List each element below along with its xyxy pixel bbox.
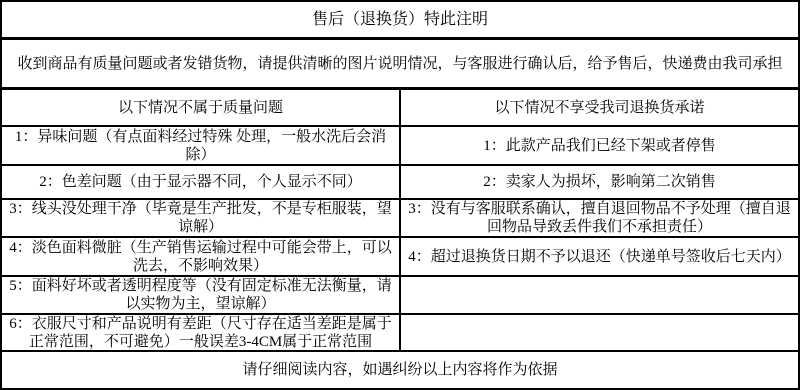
column-header-right: 以下情况不享受我司退换货承诺	[401, 90, 798, 125]
after-sales-notice-sheet: 售后（退换货）特此注明 收到商品有质量问题或者发错货物，请提供清晰的图片说明情况…	[0, 0, 800, 390]
column-header-row: 以下情况不属于质量问题 以下情况不享受我司退换货承诺	[2, 90, 798, 127]
table-row: 1：异味问题（有点面料经过特殊 处理，一般水洗后会消除） 1：此款产品我们已经下…	[2, 127, 798, 166]
cell-right-2: 2：卖家人为损坏，影响第二次销售	[401, 166, 798, 198]
after-sales-table: 售后（退换货）特此注明 收到商品有质量问题或者发错货物，请提供清晰的图片说明情况…	[0, 0, 800, 390]
cell-left-4: 4：淡色面料微脏（生产销售运输过程中可能会带上，可以洗去，不影响效果）	[2, 238, 401, 275]
column-header-left: 以下情况不属于质量问题	[2, 90, 401, 125]
cell-right-1: 1：此款产品我们已经下架或者停售	[401, 127, 798, 164]
cell-left-2: 2：色差问题（由于显示器不同，个人显示不同）	[2, 166, 401, 198]
table-row: 6：衣服尺寸和产品说明有差距（尺寸存在适当差距是属于正常范围，不可避免）一般误差…	[2, 315, 798, 352]
cell-left-3: 3：线头没处理干净（毕竟是生产批发，不是专柜服装，望谅解）	[2, 200, 401, 236]
cell-left-1: 1：异味问题（有点面料经过特殊 处理，一般水洗后会消除）	[2, 127, 401, 164]
table-title: 售后（退换货）特此注明	[2, 2, 798, 40]
cell-left-6: 6：衣服尺寸和产品说明有差距（尺寸存在适当差距是属于正常范围，不可避免）一般误差…	[2, 315, 401, 350]
table-row: 5：面料好坏或者透明程度等（没有固定标准无法衡量，请以实物为主，望谅解）	[2, 277, 798, 315]
cell-right-3: 3：没有与客服联系确认，擅自退回物品不予处理（擅自退回物品导致丢件我们不承担责任…	[401, 200, 798, 236]
table-row: 2：色差问题（由于显示器不同，个人显示不同） 2：卖家人为损坏，影响第二次销售	[2, 166, 798, 200]
notice-text: 收到商品有质量问题或者发错货物，请提供清晰的图片说明情况，与客服进行确认后，给予…	[2, 40, 798, 90]
cell-right-4: 4：超过退换货日期不予以退还（快递单号签收后七天内）	[401, 238, 798, 275]
cell-right-5	[401, 277, 798, 313]
table-row: 4：淡色面料微脏（生产销售运输过程中可能会带上，可以洗去，不影响效果） 4：超过…	[2, 238, 798, 277]
cell-right-6	[401, 315, 798, 350]
cell-left-5: 5：面料好坏或者透明程度等（没有固定标准无法衡量，请以实物为主，望谅解）	[2, 277, 401, 313]
footer-note: 请仔细阅读内容，如遇纠纷以上内容将作为依据	[2, 352, 798, 388]
table-row: 3：线头没处理干净（毕竟是生产批发，不是专柜服装，望谅解） 3：没有与客服联系确…	[2, 200, 798, 238]
